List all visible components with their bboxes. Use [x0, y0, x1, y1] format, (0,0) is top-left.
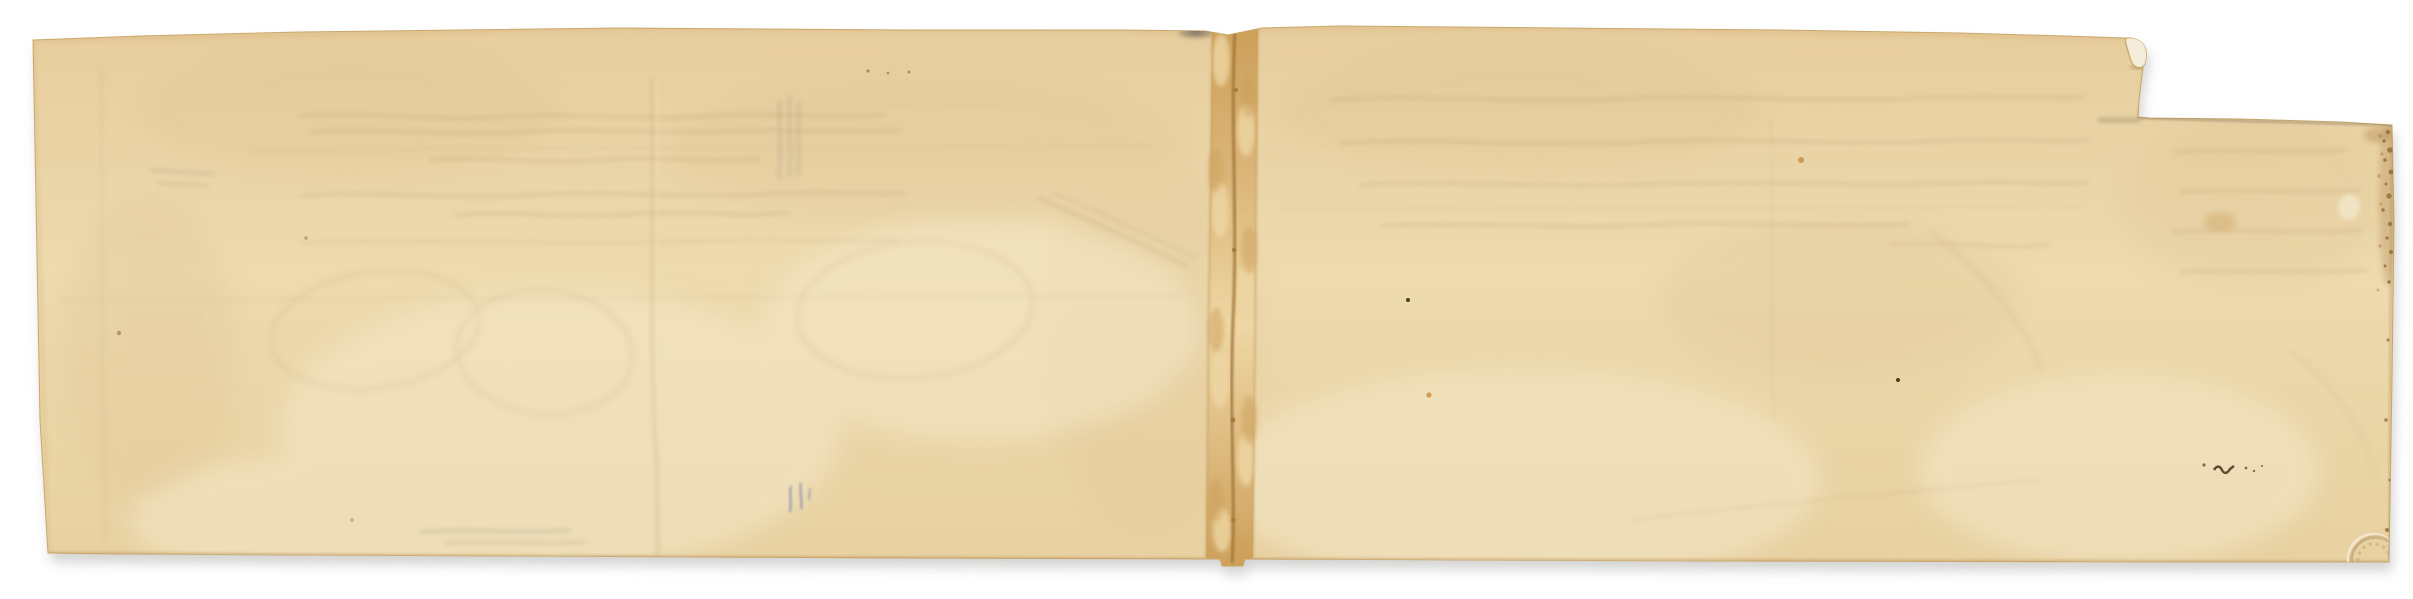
top-edge-dark-smudge: [1179, 28, 1213, 38]
document-photo: [0, 0, 2413, 599]
photo-canvas: [0, 0, 2413, 599]
center-seam-tape: [1206, 29, 1258, 568]
